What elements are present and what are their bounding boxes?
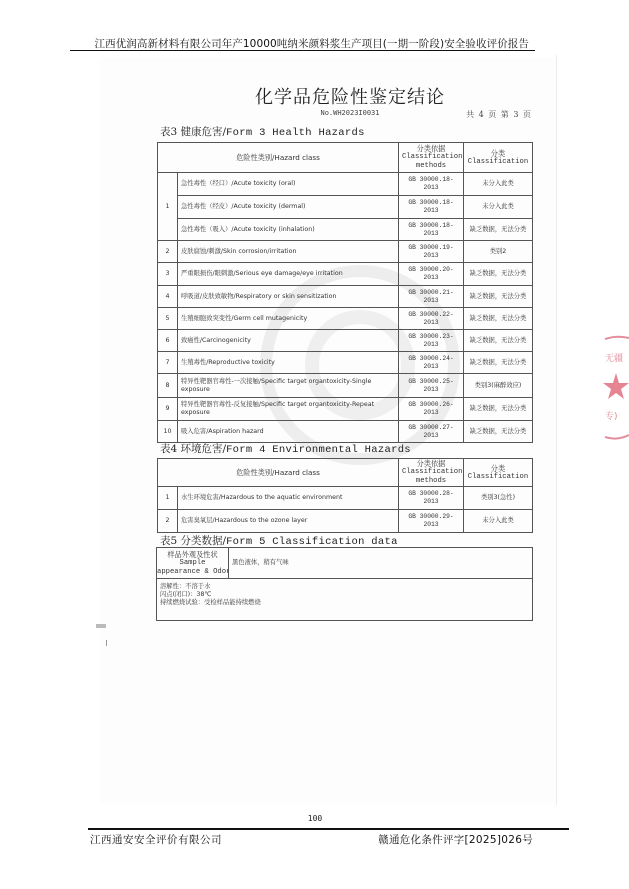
row-number: 1: [158, 487, 178, 510]
table-row: 急性毒性（经皮）/Acute toxicity (dermal)GB 30000…: [158, 196, 533, 219]
footer-doc-code: 赣通危化条件评字[2025]026号: [378, 832, 533, 847]
header-method: 分类依据Classification methods: [399, 143, 464, 173]
header-classification: 分类Classification: [464, 459, 533, 487]
header-hazard-class: 危险性类别/Hazard class: [158, 143, 399, 173]
form4-caption: 表4 环境危害/Form 4 Environmental Hazards: [160, 441, 411, 456]
classification-cell: 缺乏数据，无法分类: [464, 352, 533, 374]
classification-cell: 类别3(急性): [464, 487, 533, 510]
row-number: 7: [158, 352, 178, 374]
row-number: 9: [158, 398, 178, 421]
method-cell: GB 30000.21-2013: [399, 286, 464, 308]
row-number: 6: [158, 330, 178, 352]
table-row: 4呼吸道/皮肤致敏物/Respiratory or skin sensitiza…: [158, 286, 533, 308]
method-cell: GB 30000.20-2013: [399, 263, 464, 286]
classification-cell: 未分入此类: [464, 510, 533, 533]
table-row: 1急性毒性（经口）/Acute toxicity (oral)GB 30000.…: [158, 173, 533, 196]
classification-cell: 缺乏数据，无法分类: [464, 219, 533, 241]
hazard-class-cell: 严重眼损伤/眼刺激/Serious eye damage/eye irritat…: [178, 263, 399, 286]
property-line: 溶解性：不溶于水: [160, 583, 529, 591]
classification-cell: 类别3(麻醉效应): [464, 374, 533, 398]
method-cell: GB 30000.19-2013: [399, 241, 464, 263]
hazard-class-cell: 急性毒性（经皮）/Acute toxicity (dermal): [178, 196, 399, 219]
method-cell: GB 30000.29-2013: [399, 510, 464, 533]
page-count: 共 4 页 第 3 页: [440, 109, 532, 120]
row-number: 2: [158, 510, 178, 533]
form3-caption-en: Form 3 Health Hazards: [226, 127, 365, 139]
appearance-label: 样品外观及性状 Sample appearance & Odor: [157, 548, 229, 579]
classification-cell: 未分入此类: [464, 196, 533, 219]
form3-caption: 表3 健康危害/Form 3 Health Hazards: [160, 124, 365, 139]
scan-artifact: [96, 624, 106, 628]
classification-cell: 未分入此类: [464, 173, 533, 196]
classification-cell: 缺乏数据，无法分类: [464, 398, 533, 421]
classification-cell: 缺乏数据，无法分类: [464, 421, 533, 443]
form4-caption-cn: 表4 环境危害/: [160, 443, 226, 455]
classification-data-table: 样品外观及性状 Sample appearance & Odor 黑色液体，稍有…: [156, 547, 533, 621]
classification-cell: 类别2: [464, 241, 533, 263]
classification-cell: 缺乏数据，无法分类: [464, 308, 533, 330]
svg-text:无疆: 无疆: [605, 353, 623, 364]
method-cell: GB 30000.18-2013: [399, 219, 464, 241]
table-row: 5生殖细胞致突变性/Germ cell mutagenicityGB 30000…: [158, 308, 533, 330]
method-cell: GB 30000.28-2013: [399, 487, 464, 510]
document-title: 化学品危险性鉴定结论: [150, 83, 550, 109]
hazard-class-cell: 呼吸道/皮肤致敏物/Respiratory or skin sensitizat…: [178, 286, 399, 308]
properties-row: 溶解性：不溶于水闪点(闭口)：38℃持续燃烧试验：受检样品能持续燃烧: [157, 579, 533, 621]
method-cell: GB 30000.27-2013: [399, 421, 464, 443]
hazard-class-cell: 皮肤腐蚀/刺激/Skin corrosion/irritation: [178, 241, 399, 263]
row-number: 4: [158, 286, 178, 308]
hazard-class-cell: 水生环境危害/Hazardous to the aquatic environm…: [178, 487, 399, 510]
hazard-class-cell: 致癌性/Carcinogenicity: [178, 330, 399, 352]
properties-cell: 溶解性：不溶于水闪点(闭口)：38℃持续燃烧试验：受检样品能持续燃烧: [157, 579, 533, 621]
row-number: 10: [158, 421, 178, 443]
sheet-edge: [556, 55, 557, 805]
table-row: 6致癌性/CarcinogenicityGB 30000.23-2013缺乏数据…: [158, 330, 533, 352]
row-number: 3: [158, 263, 178, 286]
red-seal-icon: 无疆 专): [603, 333, 629, 445]
method-cell: GB 30000.22-2013: [399, 308, 464, 330]
table-row: 急性毒性（吸入）/Acute toxicity (inhalation)GB 3…: [158, 219, 533, 241]
row-number: 2: [158, 241, 178, 263]
table-row: 8特异性靶器官毒性-一次接触/Specific target organtoxi…: [158, 374, 533, 398]
header-classification: 分类Classification: [464, 143, 533, 173]
table-row: 3严重眼损伤/眼刺激/Serious eye damage/eye irrita…: [158, 263, 533, 286]
row-number: 8: [158, 374, 178, 398]
method-cell: GB 30000.24-2013: [399, 352, 464, 374]
hazard-class-cell: 生殖毒性/Reproductive toxicity: [178, 352, 399, 374]
hazard-class-cell: 急性毒性（经口）/Acute toxicity (oral): [178, 173, 399, 196]
table-row: 7生殖毒性/Reproductive toxicityGB 30000.24-2…: [158, 352, 533, 374]
running-header: 江西优润高新材料有限公司年产10000吨纳米颜料浆生产项目(一期一阶段)安全验收…: [70, 36, 529, 51]
row-number: 5: [158, 308, 178, 330]
property-line: 持续燃烧试验：受检样品能持续燃烧: [160, 599, 529, 607]
table-header-row: 危险性类别/Hazard class 分类依据Classification me…: [158, 459, 533, 487]
hazard-class-cell: 急性毒性（吸入）/Acute toxicity (inhalation): [178, 219, 399, 241]
properties-list: 溶解性：不溶于水闪点(闭口)：38℃持续燃烧试验：受检样品能持续燃烧: [160, 583, 529, 607]
table-row: 9特异性靶器官毒性-反复接触/Specific target organtoxi…: [158, 398, 533, 421]
header-method: 分类依据Classification methods: [399, 459, 464, 487]
form4-caption-en: Form 4 Environmental Hazards: [226, 444, 411, 456]
table-row: 10吸入危害/Aspiration hazardGB 30000.27-2013…: [158, 421, 533, 443]
form5-caption-cn: 表5 分类数据/: [160, 535, 226, 547]
method-cell: GB 30000.26-2013: [399, 398, 464, 421]
scan-artifact: [106, 640, 107, 646]
method-cell: GB 30000.23-2013: [399, 330, 464, 352]
property-line: 闪点(闭口)：38℃: [160, 591, 529, 599]
form3-caption-cn: 表3 健康危害/: [160, 126, 226, 138]
table-row: 1水生环境危害/Hazardous to the aquatic environ…: [158, 487, 533, 510]
method-cell: GB 30000.18-2013: [399, 196, 464, 219]
footer-divider: [88, 828, 569, 830]
table-row: 2皮肤腐蚀/刺激/Skin corrosion/irritationGB 300…: [158, 241, 533, 263]
row-number: 1: [158, 173, 178, 241]
classification-cell: 缺乏数据，无法分类: [464, 263, 533, 286]
hazard-class-cell: 特异性靶器官毒性-反复接触/Specific target organtoxic…: [178, 398, 399, 421]
classification-cell: 缺乏数据，无法分类: [464, 286, 533, 308]
health-hazards-table: 危险性类别/Hazard class 分类依据Classification me…: [157, 142, 533, 443]
hazard-class-cell: 吸入危害/Aspiration hazard: [178, 421, 399, 443]
report-number: No.WH2023I0031: [300, 109, 400, 117]
table-header-row: 危险性类别/Hazard class 分类依据Classification me…: [158, 143, 533, 173]
hazard-class-cell: 生殖细胞致突变性/Germ cell mutagenicity: [178, 308, 399, 330]
classification-cell: 缺乏数据，无法分类: [464, 330, 533, 352]
header-divider: [70, 50, 535, 51]
environmental-hazards-table: 危险性类别/Hazard class 分类依据Classification me…: [157, 458, 533, 533]
footer-company: 江西通安安全评价有限公司: [90, 832, 222, 847]
hazard-class-cell: 危害臭氧层/Hazardous to the ozone layer: [178, 510, 399, 533]
hazard-class-cell: 特异性靶器官毒性-一次接触/Specific target organtoxic…: [178, 374, 399, 398]
appearance-value: 黑色液体，稍有气味: [229, 548, 533, 579]
header-hazard-class: 危险性类别/Hazard class: [158, 459, 399, 487]
page-number: 100: [290, 814, 340, 823]
table-row: 2危害臭氧层/Hazardous to the ozone layerGB 30…: [158, 510, 533, 533]
method-cell: GB 30000.25-2013: [399, 374, 464, 398]
method-cell: GB 30000.18-2013: [399, 173, 464, 196]
appearance-row: 样品外观及性状 Sample appearance & Odor 黑色液体，稍有…: [157, 548, 533, 579]
svg-text:专): 专): [605, 410, 618, 422]
form5-caption: 表5 分类数据/Form 5 Classification data: [160, 533, 398, 548]
